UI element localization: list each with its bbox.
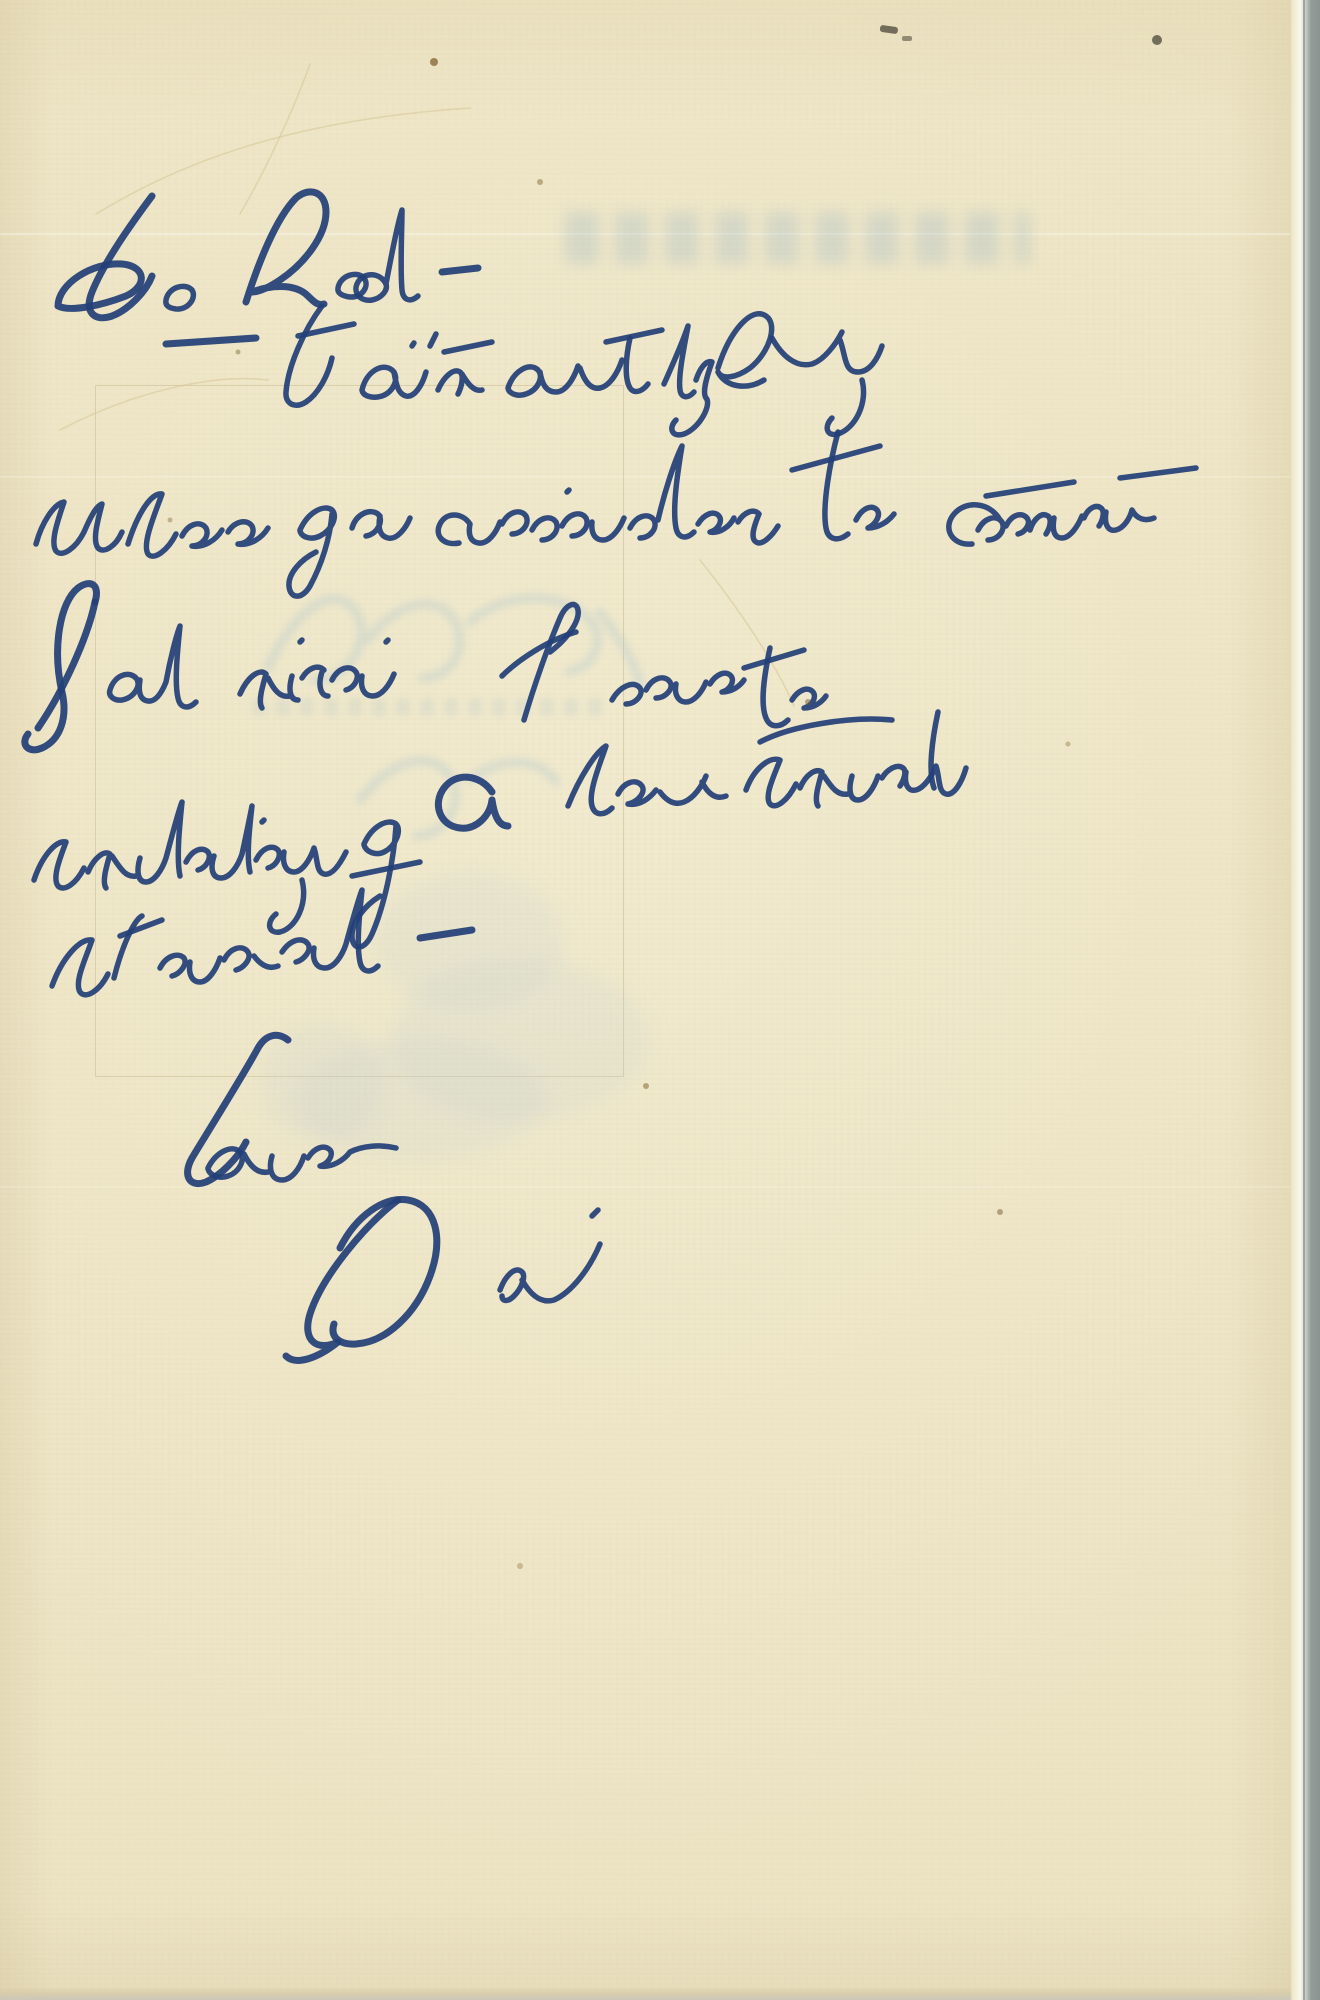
page-bottom-edge xyxy=(0,1987,1320,2000)
page-right-edge xyxy=(1290,0,1320,2000)
paper-grain xyxy=(0,0,1320,2000)
book-inscription-photo: To Rod - — It ain't exactly poetry unles… xyxy=(0,0,1320,2000)
